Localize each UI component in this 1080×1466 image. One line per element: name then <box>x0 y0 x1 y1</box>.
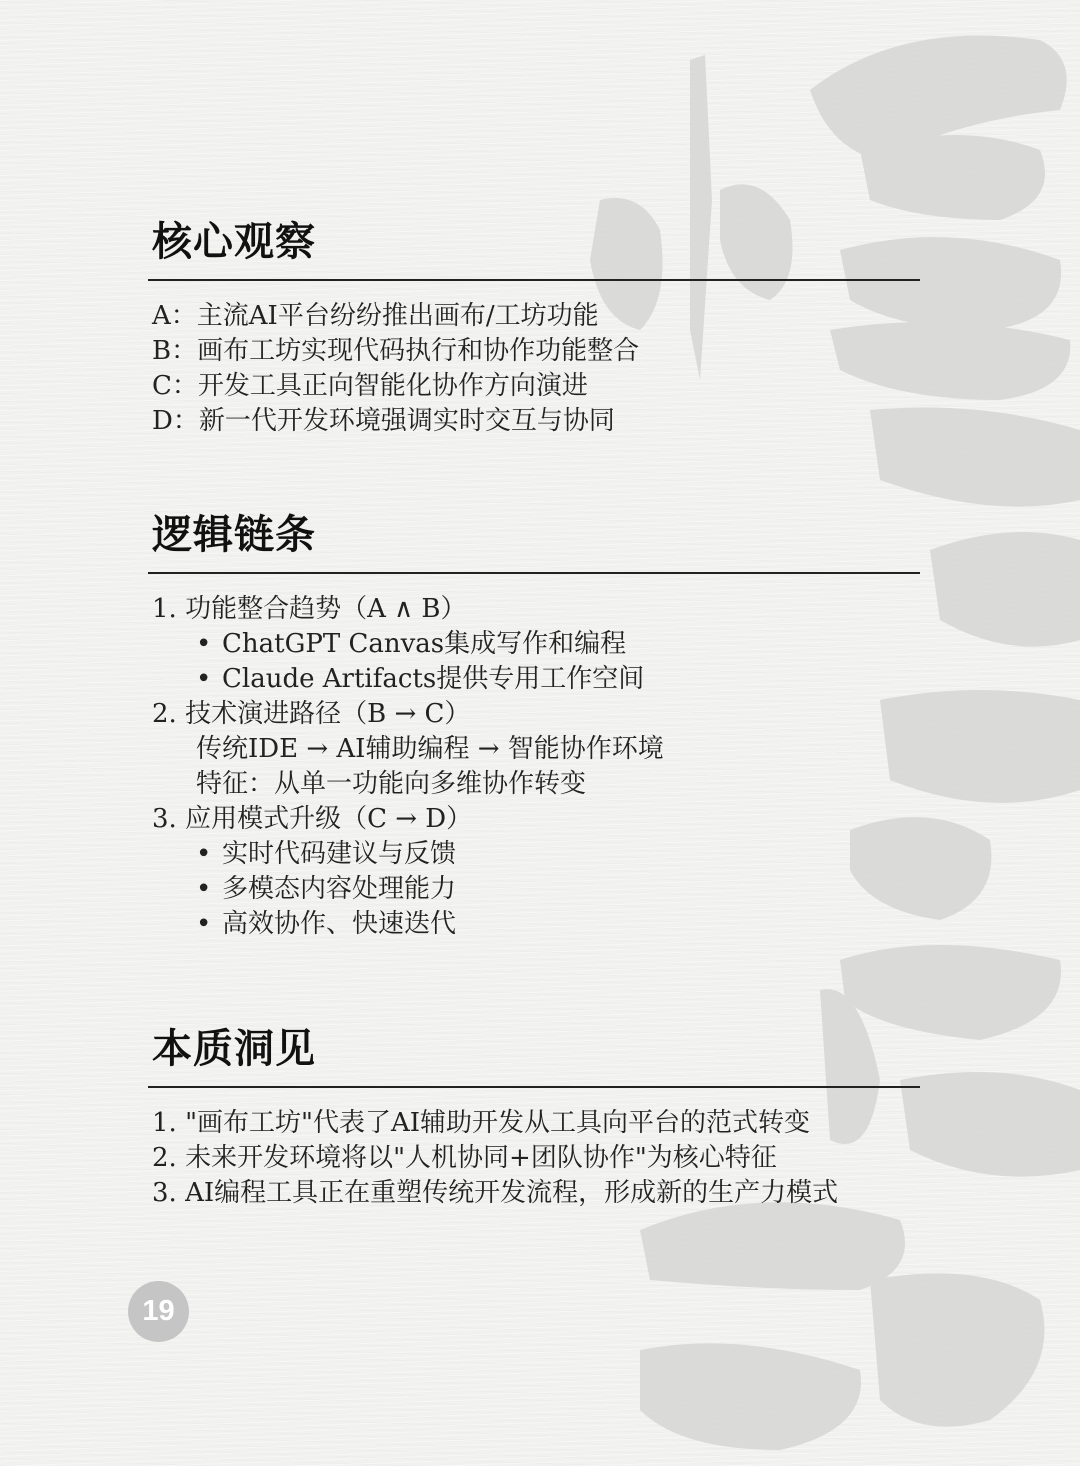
page-number-badge: 19 <box>128 1281 189 1342</box>
divider <box>148 572 920 574</box>
observation-b: B：画布工坊实现代码执行和协作功能整合 <box>152 334 920 369</box>
chain-step-1: 1. 功能整合趋势（A ∧ B） <box>152 592 920 627</box>
bullet-icon: • <box>196 837 222 872</box>
chain-path: 传统IDE → AI辅助编程 → 智能协作环境 <box>152 732 920 767</box>
observation-d: D：新一代开发环境强调实时交互与协同 <box>152 404 920 439</box>
observation-c: C：开发工具正向智能化协作方向演进 <box>152 369 920 404</box>
section-title: 本质洞见 <box>152 1022 920 1076</box>
observation-a: A：主流AI平台纷纷推出画布/工坊功能 <box>152 299 920 334</box>
section-insights: 本质洞见 1. "画布工坊"代表了AI辅助开发从工具向平台的范式转变 2. 未来… <box>148 1022 920 1211</box>
divider <box>148 279 920 281</box>
insight-2: 2. 未来开发环境将以"人机协同+团队协作"为核心特征 <box>152 1141 920 1176</box>
list-item: •ChatGPT Canvas集成写作和编程 <box>152 627 920 662</box>
section-title: 逻辑链条 <box>152 508 920 562</box>
list-item: •多模态内容处理能力 <box>152 872 920 907</box>
section-logic-chain: 逻辑链条 1. 功能整合趋势（A ∧ B） •ChatGPT Canvas集成写… <box>148 508 920 942</box>
section-observations: 核心观察 A：主流AI平台纷纷推出画布/工坊功能 B：画布工坊实现代码执行和协作… <box>148 215 920 439</box>
section-title: 核心观察 <box>152 215 920 269</box>
chain-feature: 特征：从单一功能向多维协作转变 <box>152 767 920 802</box>
bullet-icon: • <box>196 907 222 942</box>
chain-step-2: 2. 技术演进路径（B → C） <box>152 697 920 732</box>
list-item: •Claude Artifacts提供专用工作空间 <box>152 662 920 697</box>
list-item: •高效协作、快速迭代 <box>152 907 920 942</box>
insight-1: 1. "画布工坊"代表了AI辅助开发从工具向平台的范式转变 <box>152 1106 920 1141</box>
chain-step-3: 3. 应用模式升级（C → D） <box>152 802 920 837</box>
bullet-icon: • <box>196 662 222 697</box>
bullet-icon: • <box>196 627 222 662</box>
list-item: •实时代码建议与反馈 <box>152 837 920 872</box>
divider <box>148 1086 920 1088</box>
insight-3: 3. AI编程工具正在重塑传统开发流程，形成新的生产力模式 <box>152 1176 920 1211</box>
bullet-icon: • <box>196 872 222 907</box>
